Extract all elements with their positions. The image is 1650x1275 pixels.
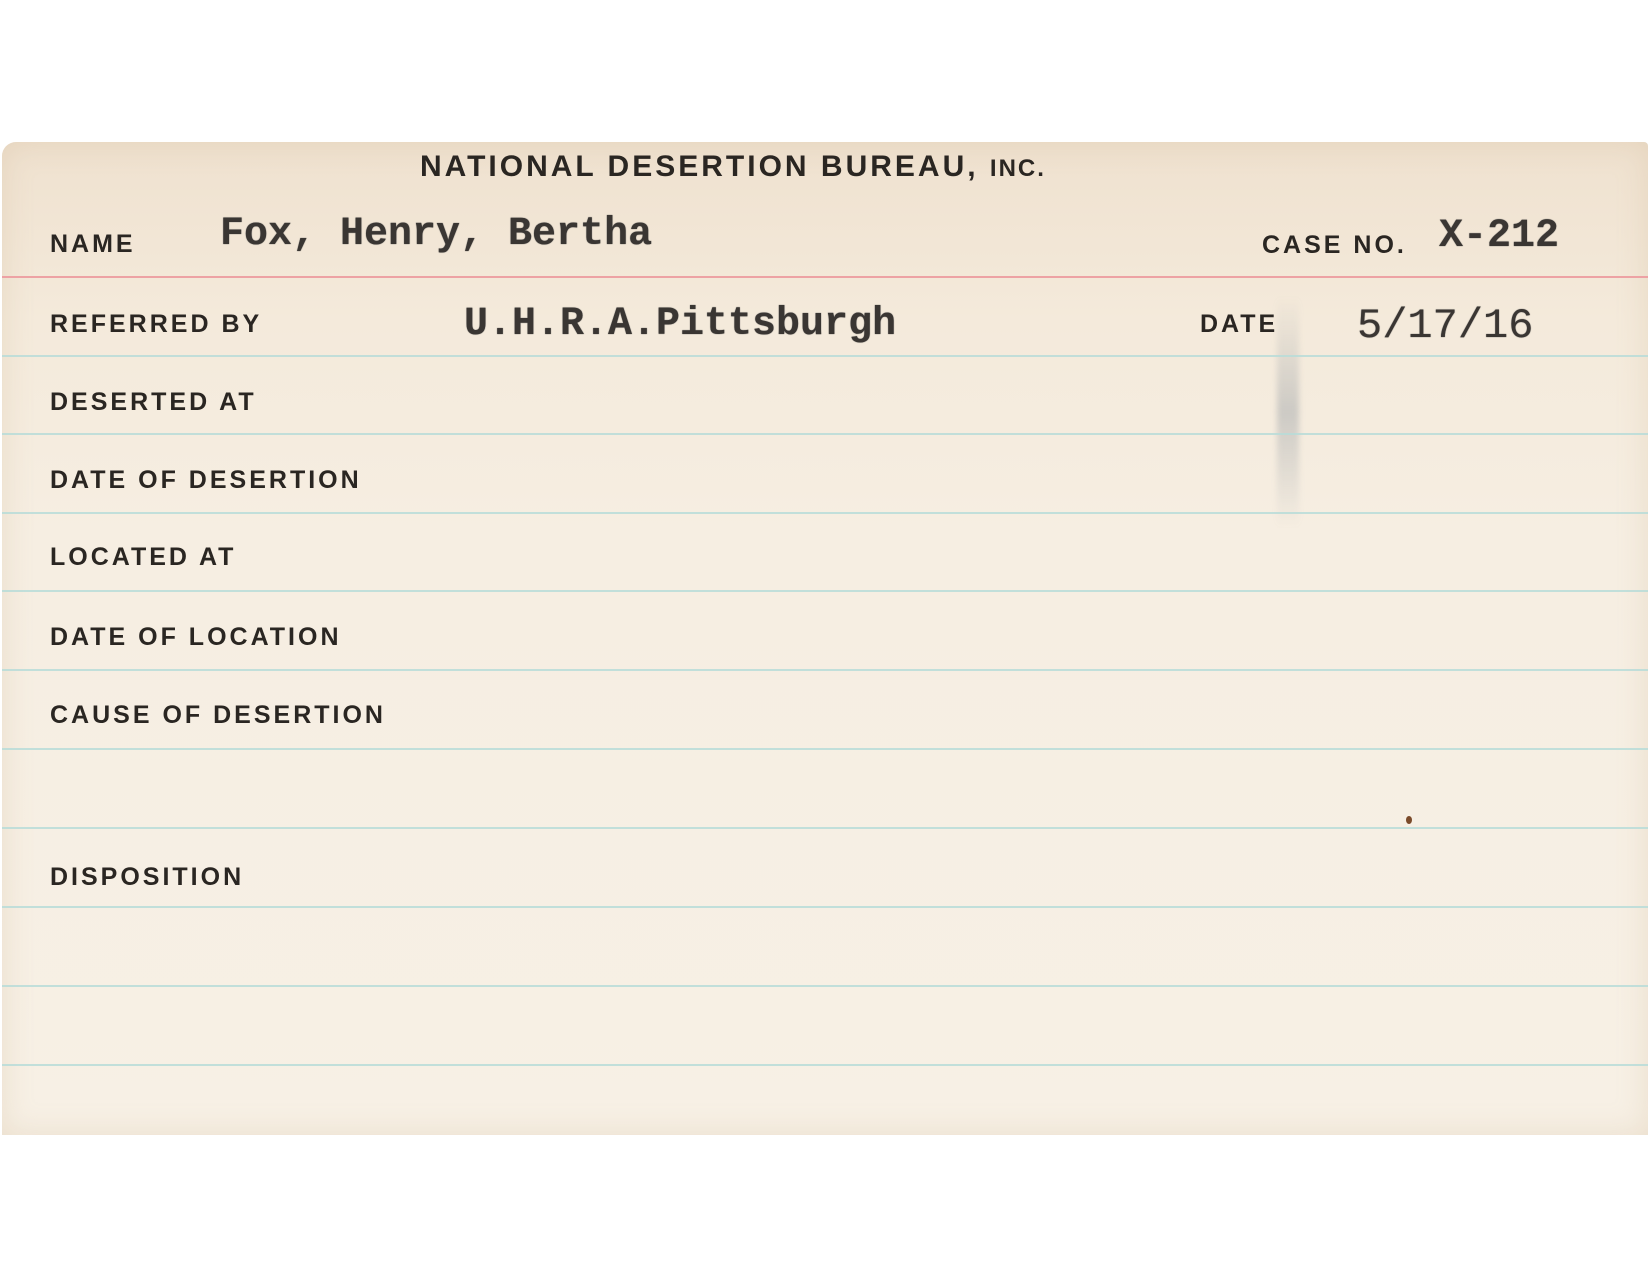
ruled-line	[2, 669, 1648, 671]
date-value: 5/17/16	[1357, 302, 1533, 350]
name-label: NAME	[50, 230, 136, 259]
ink-spot	[1406, 816, 1412, 824]
ruled-line	[2, 985, 1648, 987]
case-no-value: X-212	[1439, 214, 1559, 259]
index-card: NATIONAL DESERTION BUREAU, INC. NAME Fox…	[2, 142, 1648, 1135]
ruled-line	[2, 590, 1648, 592]
title-suffix: INC.	[990, 155, 1046, 182]
located-at-label: LOCATED AT	[50, 543, 236, 572]
date-of-desertion-label: DATE OF DESERTION	[50, 466, 362, 495]
smudge-mark	[1277, 297, 1299, 527]
title-main: NATIONAL DESERTION BUREAU,	[420, 150, 979, 183]
referred-by-label: REFERRED BY	[50, 310, 262, 339]
case-no-label: CASE NO.	[1262, 231, 1407, 260]
ruled-line	[2, 827, 1648, 829]
referred-by-value: U.H.R.A.Pittsburgh	[464, 302, 896, 347]
ruled-line	[2, 433, 1648, 435]
ruled-line	[2, 512, 1648, 514]
ruled-line	[2, 906, 1648, 908]
header-rule	[2, 276, 1648, 278]
deserted-at-label: DESERTED AT	[50, 388, 257, 417]
disposition-label: DISPOSITION	[50, 863, 244, 892]
ruled-line	[2, 355, 1648, 357]
name-value: Fox, Henry, Bertha	[220, 212, 652, 257]
cause-of-desertion-label: CAUSE OF DESERTION	[50, 701, 386, 730]
date-of-location-label: DATE OF LOCATION	[50, 623, 342, 652]
ruled-line	[2, 748, 1648, 750]
date-label: DATE	[1200, 310, 1278, 339]
card-title: NATIONAL DESERTION BUREAU, INC.	[420, 150, 1046, 184]
ruled-line	[2, 1064, 1648, 1066]
